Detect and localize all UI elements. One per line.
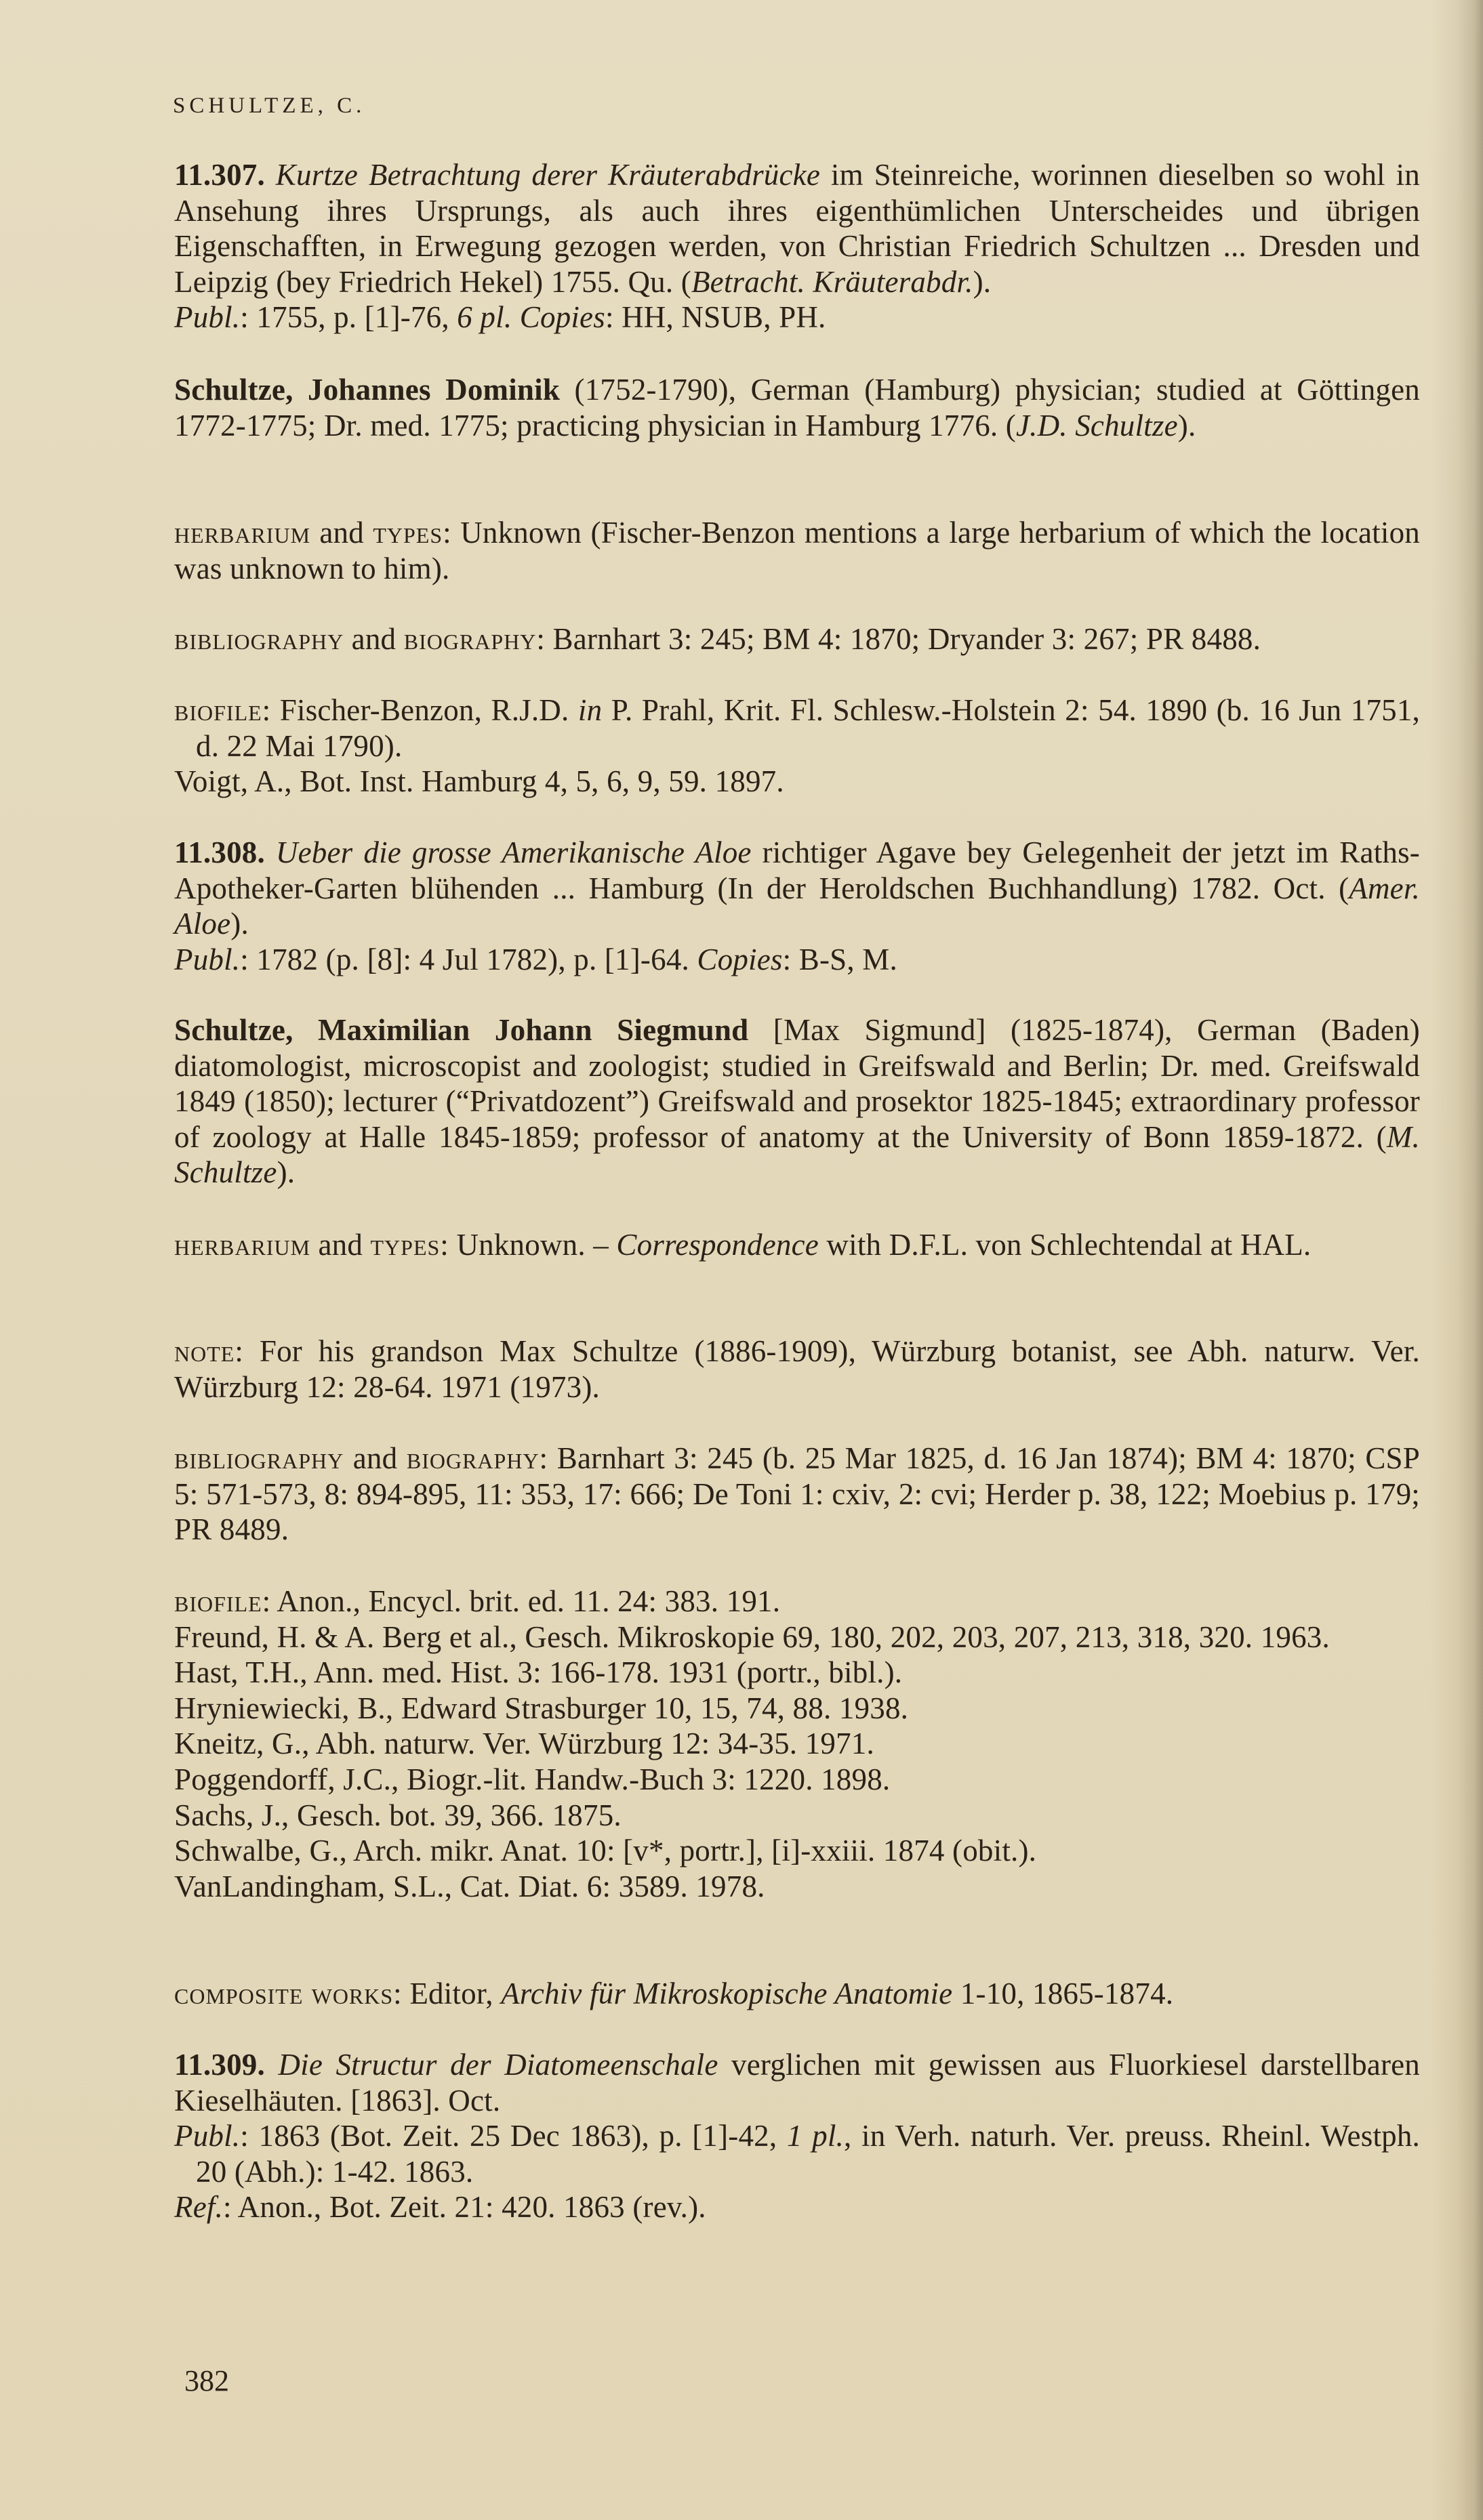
- biofile-item: Schwalbe, G., Arch. mikr. Anat. 10: [v*,…: [174, 1833, 1420, 1869]
- copies-text: : B-S, M.: [783, 943, 897, 976]
- section-text: : Editor,: [393, 1977, 501, 2010]
- biofile-text: Voigt, A., Bot. Inst. Hamburg 4, 5, 6, 9…: [174, 764, 784, 798]
- entry-number: 11.308.: [174, 835, 265, 869]
- entry-number: 11.307.: [174, 158, 265, 192]
- running-head: SCHULTZE, C.: [173, 94, 365, 119]
- reference-line: Ref.: Anon., Bot. Zeit. 21: 420. 1863 (r…: [174, 2189, 1420, 2225]
- entry-title-paragraph: 11.309. Die Structur der Diatomeenschale…: [174, 2047, 1420, 2118]
- person-name: Schultze, Maximilian Johann Siegmund: [174, 1013, 748, 1047]
- jd-bibliography-section: bibliography and biography: Barnhart 3: …: [174, 621, 1420, 657]
- person-m-schultze: Schultze, Maximilian Johann Siegmund [Ma…: [174, 1012, 1420, 1191]
- section-text: : For his grandson Max Schultze (1886-19…: [174, 1334, 1420, 1404]
- person-jd-schultze: Schultze, Johannes Dominik (1752-1790), …: [174, 372, 1420, 443]
- entry-number: 11.309.: [174, 2048, 265, 2082]
- section-label-conjunction: and: [344, 1441, 407, 1475]
- publ-label: Publ.: [174, 2119, 240, 2153]
- jd-biofile-section: biofile: Fischer-Benzon, R.J.D. in P. Pr…: [174, 693, 1420, 800]
- section-italic: Archiv für Mikroskopische Anatomie: [501, 1977, 952, 2010]
- jd-herbarium-section: herbarium and types: Unknown (Fischer-Be…: [174, 515, 1420, 586]
- section-italic: Correspondence: [616, 1228, 819, 1262]
- publication-line: Publ.: 1863 (Bot. Zeit. 25 Dec 1863), p.…: [174, 2118, 1420, 2189]
- ref-text: : Anon., Bot. Zeit. 21: 420. 1863 (rev.)…: [223, 2190, 706, 2224]
- person-bio-end: ).: [277, 1155, 296, 1189]
- person-bio: Schultze, Johannes Dominik (1752-1790), …: [174, 372, 1420, 443]
- m-biofile-section: biofile: Anon., Encycl. brit. ed. 11. 24…: [174, 1584, 1420, 1904]
- entry-11-307: 11.307. Kurtze Betrachtung derer Kräuter…: [174, 157, 1420, 335]
- publication-line: Publ.: 1755, p. [1]-76, 6 pl. Copies: HH…: [174, 299, 1420, 335]
- biofile-italic: in: [578, 693, 602, 727]
- copies-text: : HH, NSUB, PH.: [605, 300, 826, 334]
- plates: 1 pl.: [787, 2119, 844, 2153]
- copies-label: Copies: [697, 943, 782, 976]
- section-label: types: [371, 1228, 441, 1262]
- entry-11-309: 11.309. Die Structur der Diatomeenschale…: [174, 2047, 1420, 2225]
- section-label: note: [174, 1334, 235, 1368]
- person-bio: Schultze, Maximilian Johann Siegmund [Ma…: [174, 1012, 1420, 1191]
- biofile-item: Poggendorff, J.C., Biogr.-lit. Handw.-Bu…: [174, 1762, 1420, 1798]
- publ-label: Publ.: [174, 943, 240, 976]
- section-label: biofile: [174, 1584, 262, 1618]
- section-label-conjunction: and: [310, 516, 373, 550]
- publ-text: : 1782 (p. [8]: 4 Jul 1782), p. [1]-64.: [240, 943, 697, 976]
- biofile-text: : Fischer-Benzon, R.J.D.: [262, 693, 578, 727]
- section-text: : Barnhart 3: 245; BM 4: 1870; Dryander …: [536, 622, 1261, 656]
- section-label: bibliography: [174, 622, 344, 656]
- biofile-item: biofile: Fischer-Benzon, R.J.D. in P. Pr…: [174, 693, 1420, 764]
- m-note-section: note: For his grandson Max Schultze (188…: [174, 1334, 1420, 1405]
- entry-title-paragraph: 11.308. Ueber die grosse Amerikanische A…: [174, 835, 1420, 942]
- biofile-item: biofile: Anon., Encycl. brit. ed. 11. 24…: [174, 1584, 1420, 1619]
- biofile-item: Hast, T.H., Ann. med. Hist. 3: 166-178. …: [174, 1655, 1420, 1691]
- m-herbarium-section: herbarium and types: Unknown. – Correspo…: [174, 1227, 1420, 1263]
- person-abbreviation: J.D. Schultze: [1016, 409, 1178, 442]
- biofile-item: Hryniewiecki, B., Edward Strasburger 10,…: [174, 1691, 1420, 1727]
- plates: 6 pl.: [457, 300, 512, 334]
- biofile-item: Voigt, A., Bot. Inst. Hamburg 4, 5, 6, 9…: [174, 764, 1420, 800]
- section-label: types: [373, 516, 443, 550]
- entry-title: Ueber die grosse Amerikanische Aloe: [276, 835, 752, 869]
- m-composite-works-section: composite works: Editor, Archiv für Mikr…: [174, 1976, 1420, 2012]
- entry-title-paragraph: 11.307. Kurtze Betrachtung derer Kräuter…: [174, 157, 1420, 299]
- person-bio-end: ).: [1178, 409, 1196, 442]
- section-label-conjunction: and: [344, 622, 403, 656]
- biofile-item: Kneitz, G., Abh. naturw. Ver. Würzburg 1…: [174, 1726, 1420, 1762]
- ref-label: Ref.: [174, 2190, 223, 2224]
- publ-label: Publ.: [174, 300, 240, 334]
- person-name: Schultze, Johannes Dominik: [174, 373, 560, 407]
- entry-title: Kurtze Betrachtung derer Kräuterabdrücke: [276, 158, 820, 192]
- entry-abbreviation: Betracht. Kräuterabdr.: [691, 265, 973, 299]
- publ-text: : 1755, p. [1]-76,: [240, 300, 457, 334]
- section-label: biography: [404, 622, 537, 656]
- entry-description-end: ).: [230, 907, 249, 941]
- entry-description-end: ).: [973, 265, 992, 299]
- entry-title: Die Structur der Diatomeenschale: [278, 2048, 718, 2082]
- copies-label: Copies: [512, 300, 605, 334]
- section-label: composite works: [174, 1977, 393, 2010]
- publication-line: Publ.: 1782 (p. [8]: 4 Jul 1782), p. [1]…: [174, 942, 1420, 978]
- section-label: herbarium: [174, 516, 310, 550]
- section-label: bibliography: [174, 1441, 344, 1475]
- section-label: herbarium: [174, 1228, 310, 1262]
- biofile-item: Freund, H. & A. Berg et al., Gesch. Mikr…: [174, 1619, 1420, 1655]
- section-text: : Unknown. –: [440, 1228, 616, 1262]
- biofile-item: VanLandingham, S.L., Cat. Diat. 6: 3589.…: [174, 1869, 1420, 1905]
- biofile-text: : Anon., Encycl. brit. ed. 11. 24: 383. …: [262, 1584, 781, 1618]
- publ-text: : 1863 (Bot. Zeit. 25 Dec 1863), p. [1]-…: [240, 2119, 787, 2153]
- section-text-end: with D.F.L. von Schlechtendal at HAL.: [819, 1228, 1311, 1262]
- section-text-end: 1-10, 1865-1874.: [952, 1977, 1173, 2010]
- page-number: 382: [184, 2363, 229, 2398]
- section-label: biography: [407, 1441, 540, 1475]
- section-label: biofile: [174, 693, 262, 727]
- m-bibliography-section: bibliography and biography: Barnhart 3: …: [174, 1441, 1420, 1548]
- entry-11-308: 11.308. Ueber die grosse Amerikanische A…: [174, 835, 1420, 977]
- section-label-conjunction: and: [310, 1228, 370, 1262]
- biofile-item: Sachs, J., Gesch. bot. 39, 366. 1875.: [174, 1798, 1420, 1834]
